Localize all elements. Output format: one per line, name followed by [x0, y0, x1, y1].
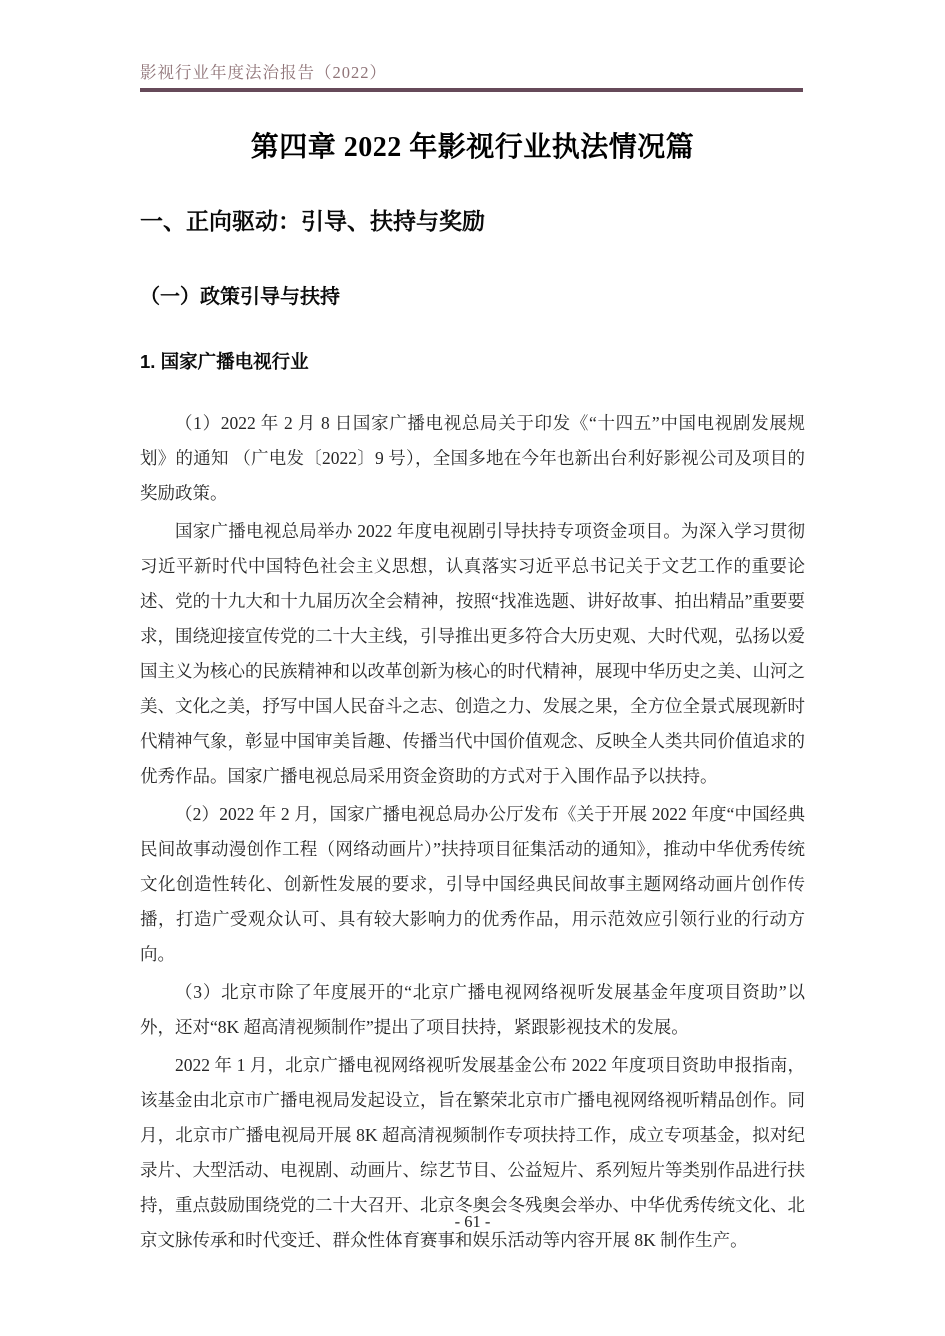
page-content: 影视行业年度法治报告（2022） 第四章 2022 年影视行业执法情况篇 一、正…: [140, 0, 805, 1261]
chapter-title: 第四章 2022 年影视行业执法情况篇: [140, 130, 805, 166]
item-heading: 1. 国家广播电视行业: [140, 349, 805, 375]
body-text: （1）2022 年 2 月 8 日国家广播电视总局关于印发《“十四五”中国电视剧…: [140, 406, 805, 1258]
document-page: 影视行业年度法治报告（2022） 第四章 2022 年影视行业执法情况篇 一、正…: [0, 0, 945, 1336]
header-rule: [140, 88, 803, 92]
body-paragraph-1: （1）2022 年 2 月 8 日国家广播电视总局关于印发《“十四五”中国电视剧…: [140, 406, 805, 511]
section-heading: 一、正向驱动：引导、扶持与奖励: [140, 205, 805, 237]
subsection-heading: （一）政策引导与扶持: [140, 283, 805, 311]
running-header: 影视行业年度法治报告（2022）: [140, 0, 805, 84]
body-paragraph-3: （2）2022 年 2 月，国家广播电视总局办公厅发布《关于开展 2022 年度…: [140, 797, 805, 972]
page-number: - 61 -: [140, 1212, 805, 1232]
body-paragraph-2: 国家广播电视总局举办 2022 年度电视剧引导扶持专项资金项目。为深入学习贯彻习…: [140, 514, 805, 794]
body-paragraph-4: （3）北京市除了年度展开的“北京广播电视网络视听发展基金年度项目资助”以外，还对…: [140, 975, 805, 1045]
